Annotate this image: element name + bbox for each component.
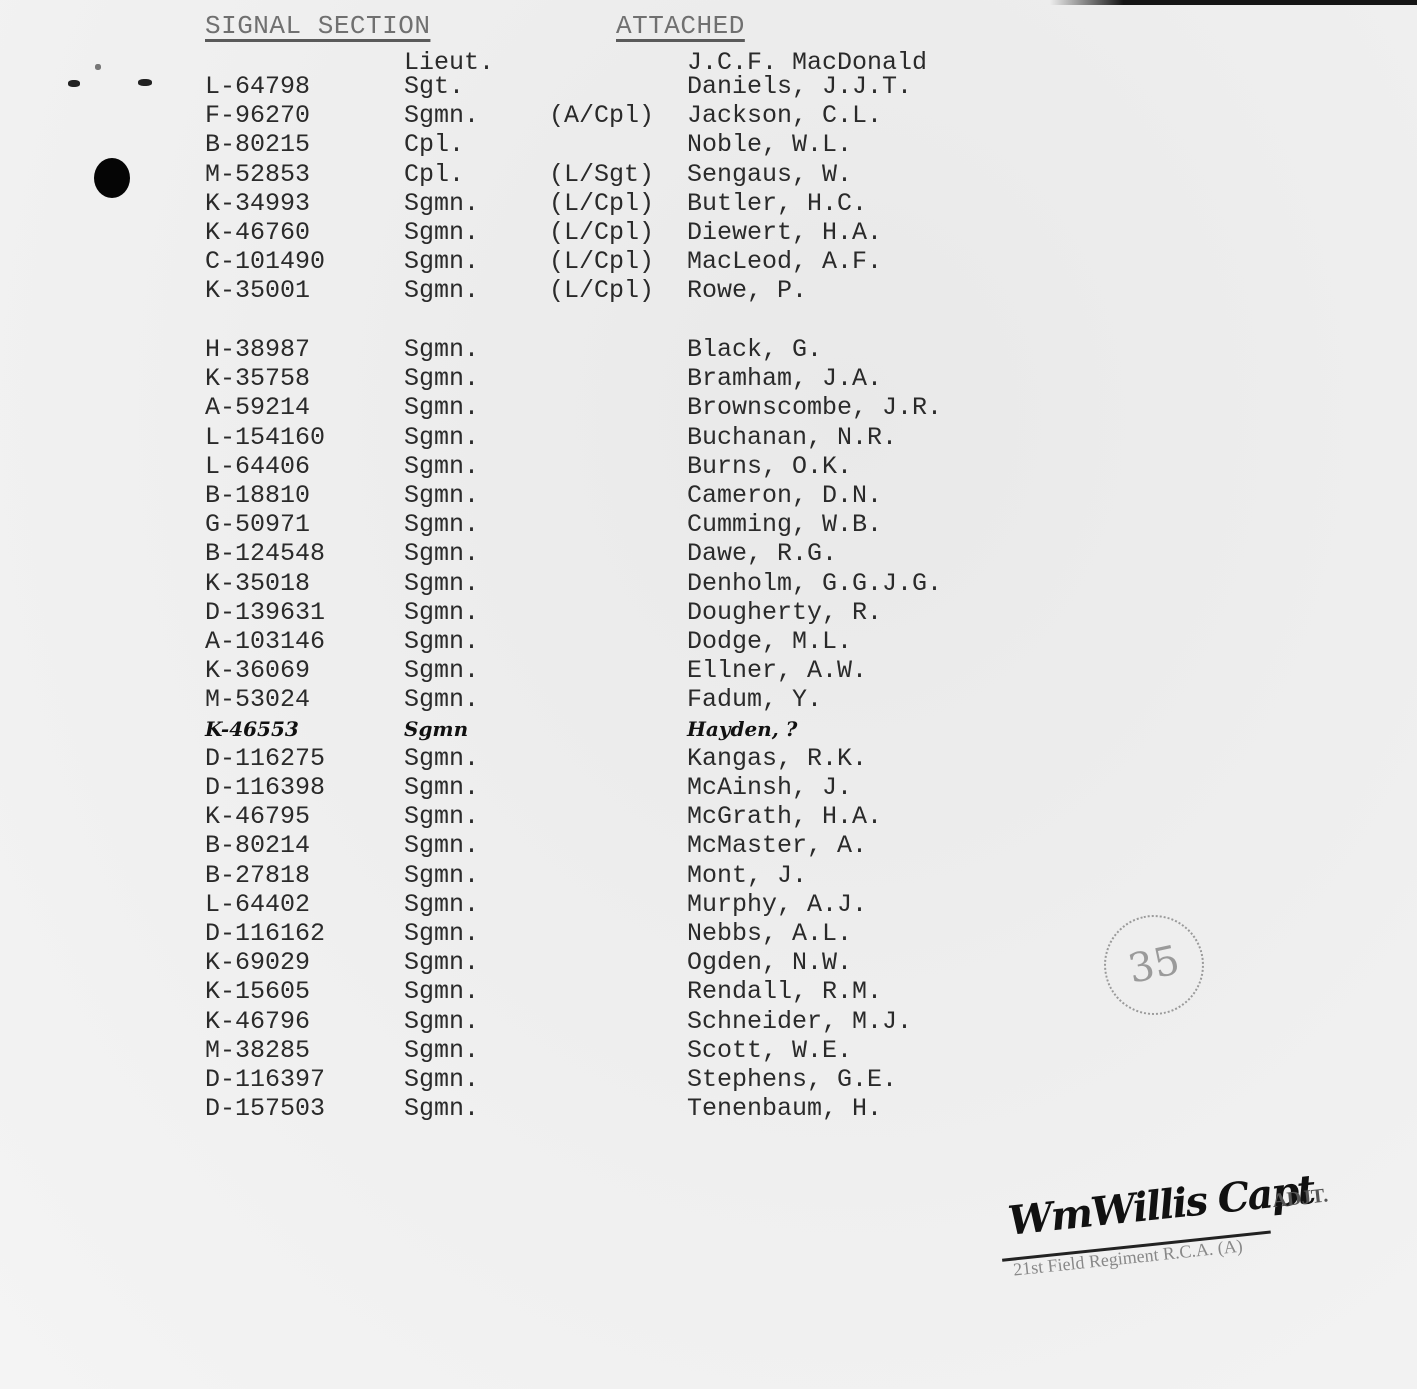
member-name: Ellner, A.W. — [687, 656, 867, 685]
member-name: Dawe, R.G. — [687, 539, 837, 568]
service-number: B-80215 — [205, 130, 310, 159]
member-name: Bramham, J.A. — [687, 364, 882, 393]
service-number: K-36069 — [205, 656, 310, 685]
service-number: L-64798 — [205, 72, 310, 101]
member-name: Sengaus, W. — [687, 160, 852, 189]
service-number: B-27818 — [205, 861, 310, 890]
rank: Sgmn. — [404, 890, 479, 919]
scan-speck — [68, 80, 80, 87]
service-number: L-64402 — [205, 890, 310, 919]
service-number: G-50971 — [205, 510, 310, 539]
rank: Sgmn. — [404, 101, 479, 130]
service-number: K-46760 — [205, 218, 310, 247]
rank: Sgmn. — [404, 861, 479, 890]
rank: Sgmn. — [404, 831, 479, 860]
rank: Sgmn. — [404, 598, 479, 627]
member-name: Stephens, G.E. — [687, 1065, 897, 1094]
rank: Sgmn. — [404, 481, 479, 510]
rank: Sgmn. — [404, 335, 479, 364]
rank: Sgmn. — [404, 364, 479, 393]
service-number: D-116397 — [205, 1065, 325, 1094]
acting-rank: (L/Cpl) — [549, 276, 654, 305]
acting-rank: (L/Cpl) — [549, 218, 654, 247]
member-name: Mont, J. — [687, 861, 807, 890]
member-name: Rendall, R.M. — [687, 977, 882, 1006]
rank: Sgmn. — [404, 247, 479, 276]
rank: Sgmn. — [404, 276, 479, 305]
member-name: McMaster, A. — [687, 831, 867, 860]
member-name: Tenenbaum, H. — [687, 1094, 882, 1123]
member-name: Burns, O.K. — [687, 452, 852, 481]
member-name: Jackson, C.L. — [687, 101, 882, 130]
rank: Sgmn. — [404, 627, 479, 656]
rank: Sgmn. — [404, 773, 479, 802]
service-number: L-154160 — [205, 423, 325, 452]
signature-title: ADJT. — [1271, 1184, 1329, 1213]
rank: Sgmn. — [404, 802, 479, 831]
rank: Sgt. — [404, 72, 464, 101]
service-number: A-103146 — [205, 627, 325, 656]
rank: Sgmn. — [404, 1094, 479, 1123]
service-number: K-35758 — [205, 364, 310, 393]
service-number: K-35018 — [205, 569, 310, 598]
service-number: K-35001 — [205, 276, 310, 305]
scan-speck — [138, 79, 152, 86]
service-number: M-53024 — [205, 685, 310, 714]
signature-block: WmWillis Capt ADJT. 21st Field Regiment … — [995, 1152, 1366, 1309]
acting-rank: (A/Cpl) — [549, 101, 654, 130]
folio-number: 35 — [1095, 906, 1214, 1025]
service-number: K-69029 — [205, 948, 310, 977]
rank: Sgmn. — [404, 1007, 479, 1036]
member-name: Noble, W.L. — [687, 130, 852, 159]
service-number: K-15605 — [205, 977, 310, 1006]
rank: Sgmn. — [404, 1036, 479, 1065]
service-number: H-38987 — [205, 335, 310, 364]
member-name: Butler, H.C. — [687, 189, 867, 218]
member-name: Black, G. — [687, 335, 822, 364]
section-heading: SIGNAL SECTION — [205, 11, 430, 41]
service-number: B-18810 — [205, 481, 310, 510]
scan-speck — [95, 64, 101, 70]
rank: Cpl. — [404, 160, 464, 189]
acting-rank: (L/Sgt) — [549, 160, 654, 189]
rank: Sgmn. — [404, 656, 479, 685]
rank: Sgmn. — [404, 393, 479, 422]
rank: Sgmn. — [404, 569, 479, 598]
service-number: M-52853 — [205, 160, 310, 189]
member-name: Nebbs, A.L. — [687, 919, 852, 948]
service-number: K-34993 — [205, 189, 310, 218]
member-name: Brownscombe, J.R. — [687, 393, 942, 422]
service-number: F-96270 — [205, 101, 310, 130]
member-name: MacLeod, A.F. — [687, 247, 882, 276]
service-number: D-116275 — [205, 744, 325, 773]
acting-rank: (L/Cpl) — [549, 247, 654, 276]
rank: Sgmn. — [404, 510, 479, 539]
rank: Sgmn. — [404, 977, 479, 1006]
punch-hole-icon — [94, 158, 130, 198]
rank: Sgmn. — [404, 919, 479, 948]
service-number: B-124548 — [205, 539, 325, 568]
service-number: M-38285 — [205, 1036, 310, 1065]
member-name: Cameron, D.N. — [687, 481, 882, 510]
member-name: Diewert, H.A. — [687, 218, 882, 247]
service-number: K-46795 — [205, 802, 310, 831]
service-number: D-139631 — [205, 598, 325, 627]
service-number: L-64406 — [205, 452, 310, 481]
member-name: Cumming, W.B. — [687, 510, 882, 539]
service-number: D-116162 — [205, 919, 325, 948]
member-name: Dougherty, R. — [687, 598, 882, 627]
member-name: McAinsh, J. — [687, 773, 852, 802]
scan-top-edge-shadow — [1050, 0, 1417, 5]
member-name: Denholm, G.G.J.G. — [687, 569, 942, 598]
rank: Sgmn. — [404, 948, 479, 977]
service-number: B-80214 — [205, 831, 310, 860]
rank: Sgmn. — [404, 539, 479, 568]
rank: Sgmn. — [404, 744, 479, 773]
service-number: D-116398 — [205, 773, 325, 802]
rank: Sgmn. — [404, 218, 479, 247]
acting-rank: (L/Cpl) — [549, 189, 654, 218]
member-name: Kangas, R.K. — [687, 744, 867, 773]
member-name: Murphy, A.J. — [687, 890, 867, 919]
rank: Cpl. — [404, 130, 464, 159]
member-name: Scott, W.E. — [687, 1036, 852, 1065]
member-name: Ogden, N.W. — [687, 948, 852, 977]
rank: Sgmn. — [404, 189, 479, 218]
rank: Sgmn. — [404, 423, 479, 452]
service-number: A-59214 — [205, 393, 310, 422]
rank: Sgmn — [404, 715, 468, 744]
service-number: C-101490 — [205, 247, 325, 276]
member-name: Buchanan, N.R. — [687, 423, 897, 452]
member-name: Hayden, ? — [687, 715, 797, 744]
member-name: Fadum, Y. — [687, 685, 822, 714]
service-number: K-46796 — [205, 1007, 310, 1036]
attached-heading: ATTACHED — [616, 11, 745, 41]
member-name: Schneider, M.J. — [687, 1007, 912, 1036]
service-number: K-46553 — [205, 715, 299, 744]
member-name: Daniels, J.J.T. — [687, 72, 912, 101]
rank: Sgmn. — [404, 685, 479, 714]
member-name: McGrath, H.A. — [687, 802, 882, 831]
unit-stamp: 21st Field Regiment R.C.A. (A) — [1012, 1236, 1243, 1281]
member-name: Rowe, P. — [687, 276, 807, 305]
rank: Sgmn. — [404, 452, 479, 481]
service-number: D-157503 — [205, 1094, 325, 1123]
rank: Sgmn. — [404, 1065, 479, 1094]
member-name: Dodge, M.L. — [687, 627, 852, 656]
